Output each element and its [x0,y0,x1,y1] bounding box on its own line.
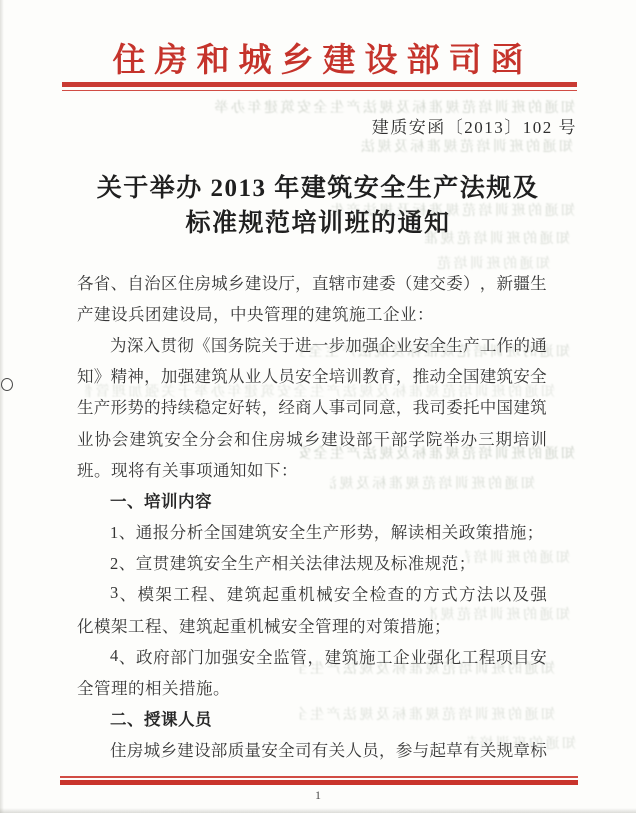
body-line: 1、通报分析全国建筑安全生产形势，解读相关政策措施； [77,516,547,547]
body-line: 产建设兵团建设局，中央管理的建筑施工企业： [77,297,547,328]
bleedthrough-artifact: 知通的班训培范规准标及规法产生全安筑建年办举于关强加理管督监全安 [358,136,573,153]
body-line: 一、培训内容 [77,484,547,515]
body-line: 2、宣贯建筑安全生产相关法律法规及标准规范； [77,547,547,578]
body-line: 二、授课人员 [77,703,547,734]
body-line: 住房城乡建设部质量安全司有关人员，参与起草有关规章标 [77,734,547,765]
body-line: 知》精神，加强建筑从业人员安全培训教育，推动全国建筑安全 [77,360,547,391]
body-line: 3、模架工程、建筑起重机械安全检查的方式方法以及强 [77,578,547,609]
body-line: 4、政府部门加强安全监管，建筑施工企业强化工程项目安 [77,640,547,671]
bleedthrough-artifact: 知通的班训培范规准标及规法产生全安筑建年办举于关强加理管督监全安 [215,97,575,114]
body-line: 化模架工程、建筑起重机械安全管理的对策措施； [77,609,547,640]
body-lines: 各省、自治区住房城乡建设厅，直辖市建委（建交委），新疆生产建设兵团建设局，中央管… [77,266,547,765]
body-line: 生产形势的持续稳定好转，经商人事司同意，我司委托中国建筑 [77,391,547,422]
body-line: 班。现将有关事项通知如下： [77,453,547,484]
body-line: 各省、自治区住房城乡建设厅，直辖市建委（建交委），新疆生 [77,266,547,297]
binding-hole-artifact [1,378,13,391]
bleedthrough-artifact: 知通的班训培范规准标及规法产生全安筑建年办举于关强加理管督监全安 [330,200,575,217]
bleedthrough-artifact: 知通的班训培范规准标及规法产生全安筑建年办举于关强加理管督监全安 [425,228,570,245]
body-line: 全管理的相关措施。 [77,671,547,702]
body-line: 业协会建筑安全分会和住房城乡建设部干部学院举办三期培训 [77,422,547,453]
scanned-document-page: 知通的班训培范规准标及规法产生全安筑建年办举于关强加理管督监全安知通的班训培范规… [0,0,636,813]
body-line: 为深入贯彻《国务院关于进一步加强企业安全生产工作的通 [77,328,547,359]
